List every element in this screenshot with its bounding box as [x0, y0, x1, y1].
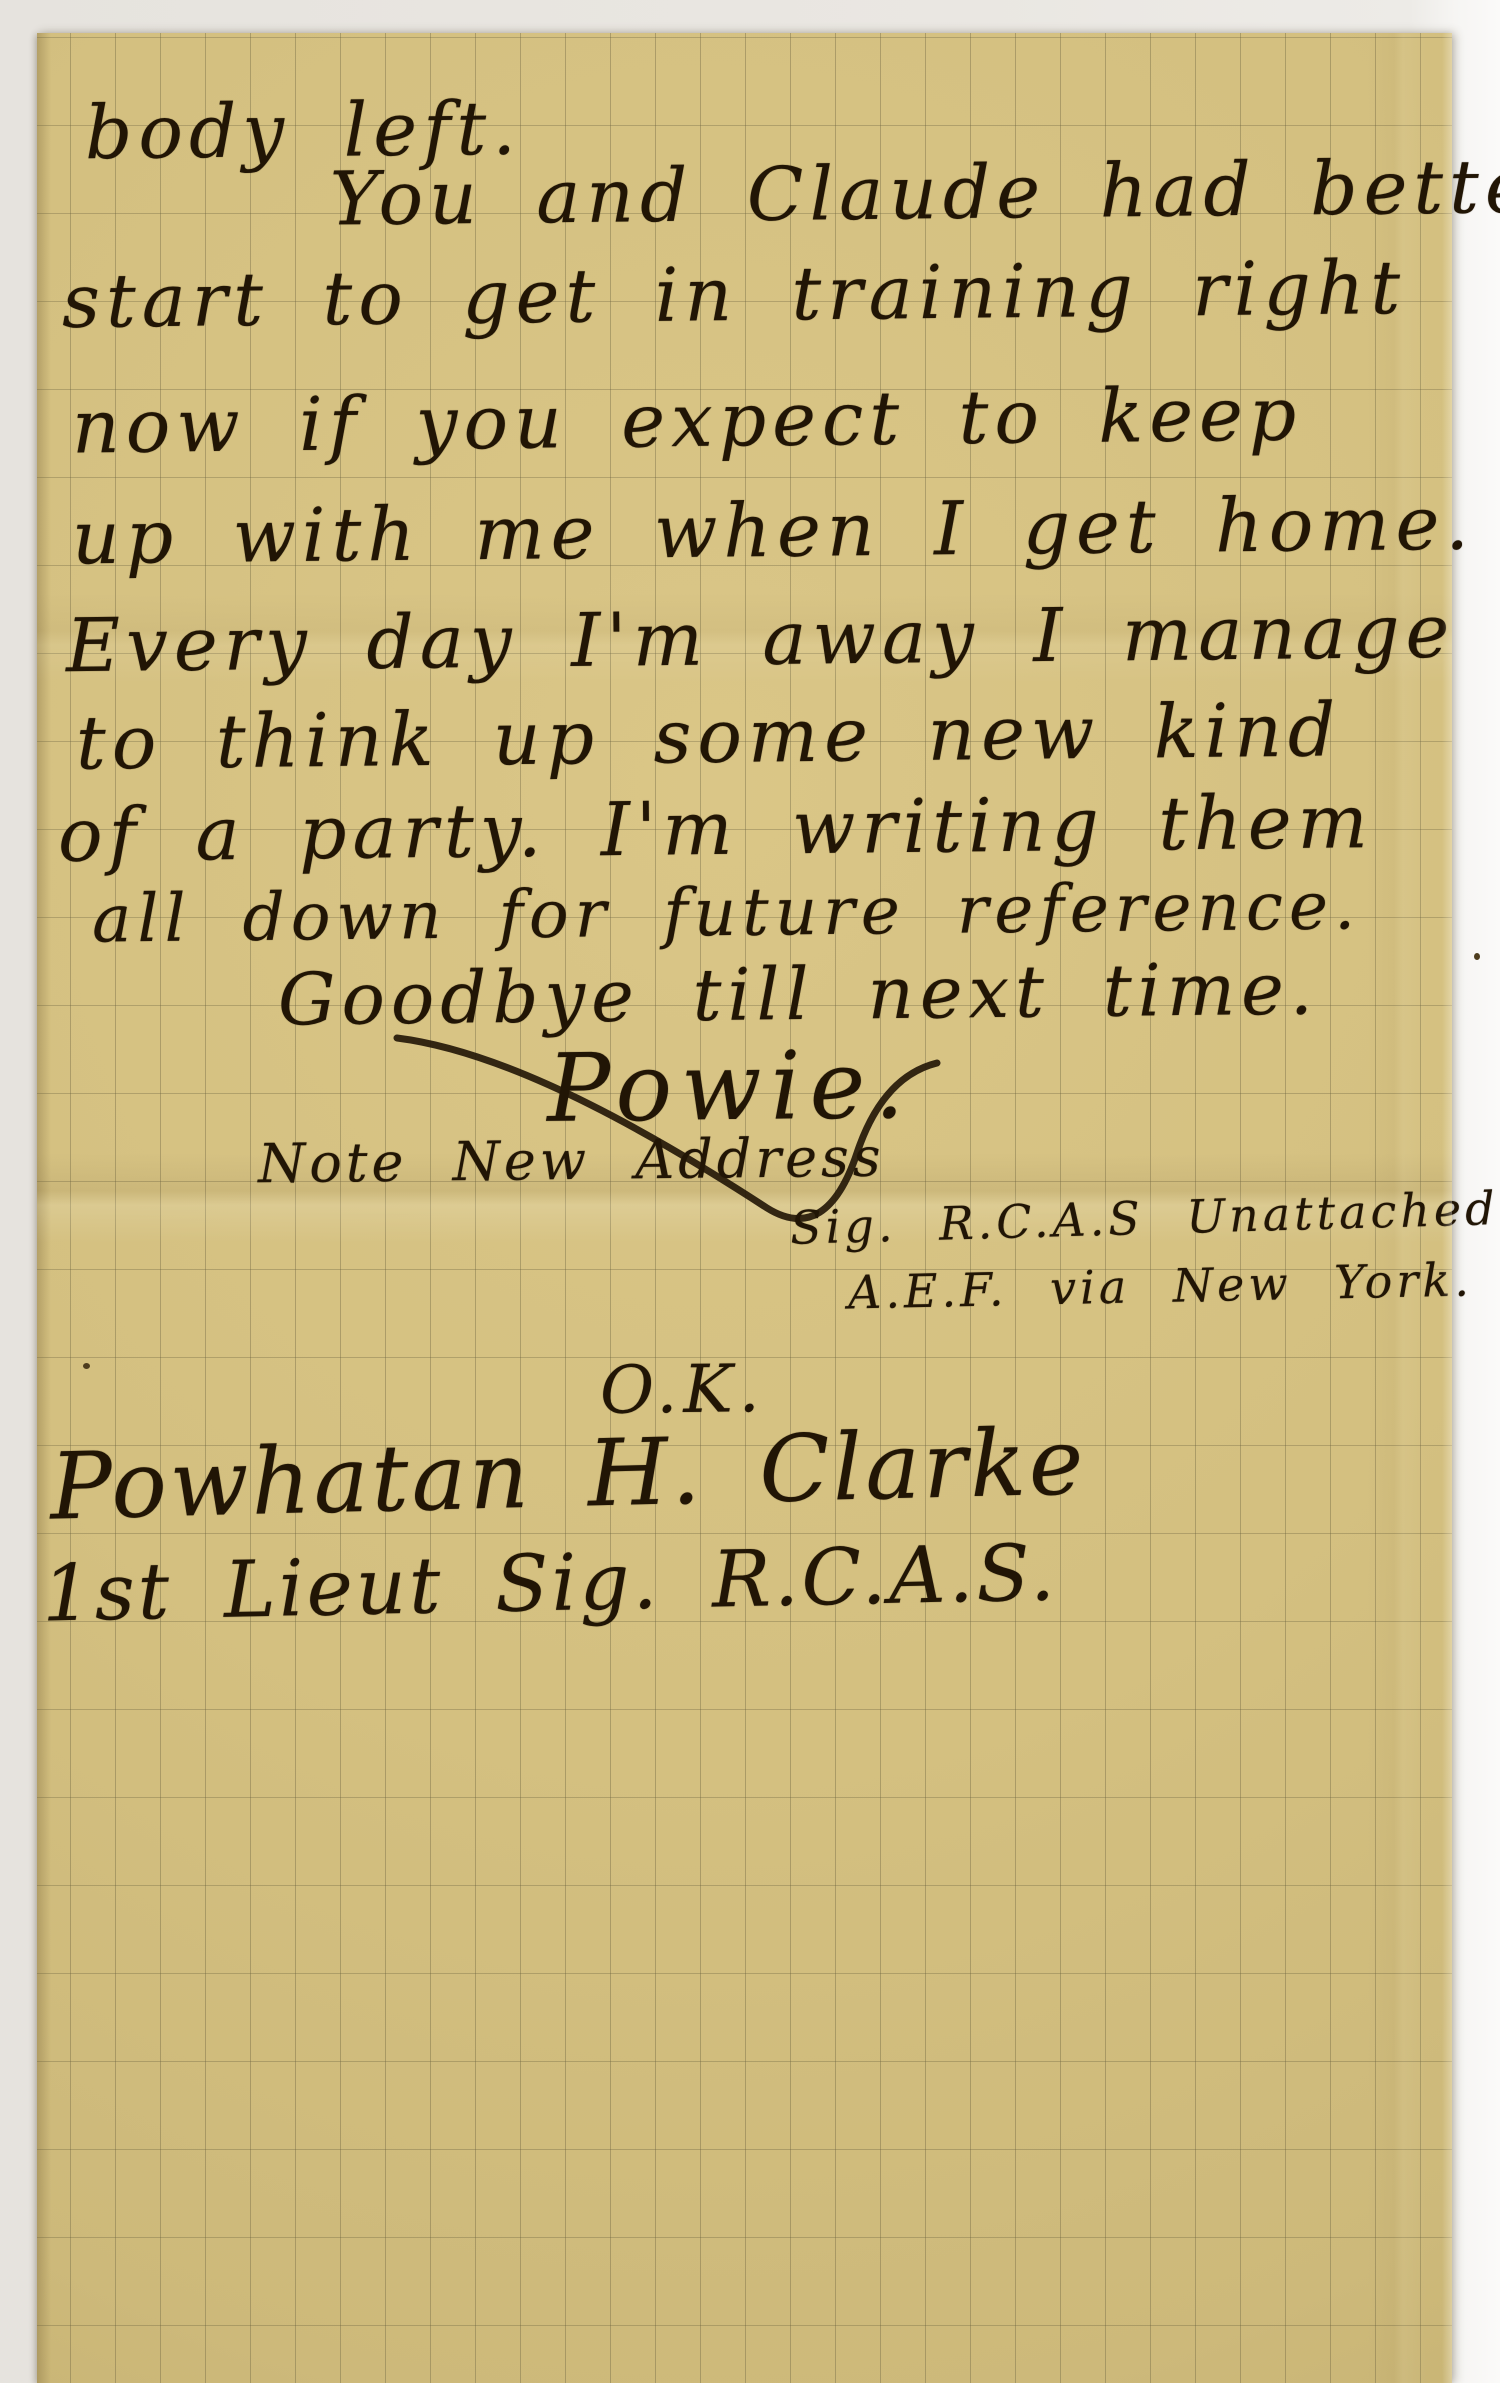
handwritten-line-3: start to get in training right [62, 245, 1407, 345]
ink-speck [1474, 953, 1480, 960]
handwritten-line-8: of a party. I'm writing them [58, 779, 1375, 879]
scan-background: body left. You and Claude had better sta… [0, 0, 1500, 2383]
handwritten-line-2: You and Claude had better [330, 143, 1500, 242]
handwritten-line-7: to think up some new kind [76, 687, 1342, 786]
note-new-address: Note New Address [258, 1126, 885, 1196]
handwritten-line-5: up with me when I get home. [72, 481, 1476, 582]
letter-page: body left. You and Claude had better sta… [37, 33, 1452, 2383]
handwritten-line-9: all down for future reference. [92, 867, 1362, 957]
handwritten-line-4: now if you expect to keep [72, 372, 1303, 471]
ink-speck [83, 1363, 90, 1369]
handwritten-line-6: Every day I'm away I manage [66, 589, 1456, 690]
